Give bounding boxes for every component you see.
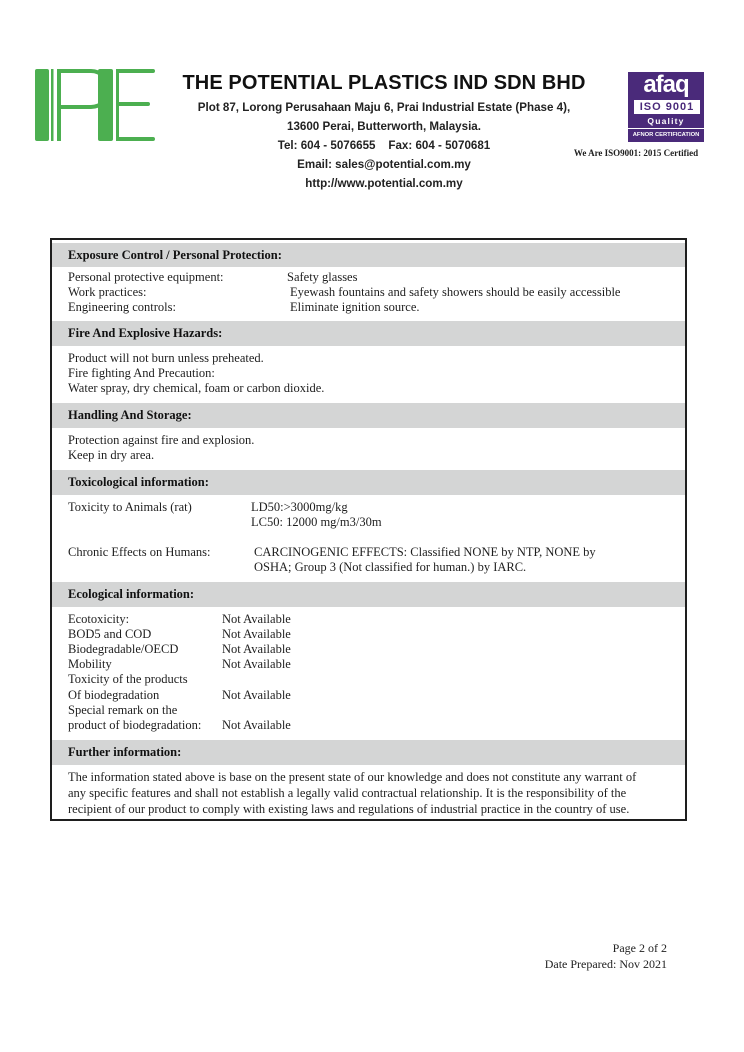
iso-certification-badge: afaq ISO 9001 Quality AFNOR CERTIFICATIO… [628, 72, 704, 142]
date-prepared: Date Prepared: Nov 2021 [545, 957, 667, 972]
fire-line-2: Water spray, dry chemical, foam or carbo… [68, 381, 324, 397]
exposure-label-2: Engineering controls: [68, 300, 176, 316]
company-header: THE POTENTIAL PLASTICS IND SDN BHD Plot … [178, 72, 590, 193]
exposure-label-1: Work practices: [68, 285, 146, 301]
tox-chronic-value-1: OSHA; Group 3 (Not classified for human.… [254, 560, 526, 576]
tox-animals-value-0: LD50:>3000mg/kg [251, 500, 348, 516]
phone-fax: Tel: 604 - 5076655 Fax: 604 - 5070681 [178, 136, 590, 155]
section-header-toxicological: Toxicological information: [52, 470, 685, 495]
exposure-label-0: Personal protective equipment: [68, 270, 224, 286]
sds-content-box: Exposure Control / Personal Protection: … [50, 238, 687, 821]
handling-line-1: Keep in dry area. [68, 448, 154, 464]
badge-standard: ISO 9001 [634, 100, 700, 114]
section-header-handling: Handling And Storage: [52, 403, 685, 428]
eco-value-2: Not Available [222, 642, 291, 658]
further-line-1: any specific features and shall not esta… [68, 786, 626, 802]
certified-text: We Are ISO9001: 2015 Certified [566, 148, 706, 158]
badge-brand: afaq [628, 72, 704, 98]
address-line-2: 13600 Perai, Butterworth, Malaysia. [178, 117, 590, 136]
tox-animals-label: Toxicity to Animals (rat) [68, 500, 192, 516]
exposure-value-2: Eliminate ignition source. [290, 300, 420, 316]
exposure-value-1: Eyewash fountains and safety showers sho… [290, 285, 620, 301]
eco-value-3: Not Available [222, 657, 291, 673]
eco-label-1: BOD5 and COD [68, 627, 151, 643]
tox-chronic-label: Chronic Effects on Humans: [68, 545, 210, 561]
company-logo-icon [35, 69, 155, 141]
eco-label-4: Toxicity of the products [68, 672, 188, 688]
eco-value-0: Not Available [222, 612, 291, 628]
eco-label-0: Ecotoxicity: [68, 612, 129, 628]
page-number: Page 2 of 2 [613, 941, 667, 956]
tox-animals-value-1: LC50: 12000 mg/m3/30m [251, 515, 382, 531]
badge-issuer: AFNOR CERTIFICATION [628, 128, 704, 142]
badge-quality: Quality [628, 115, 704, 127]
section-header-fire: Fire And Explosive Hazards: [52, 321, 685, 346]
tox-chronic-value-0: CARCINOGENIC EFFECTS: Classified NONE by… [254, 545, 596, 561]
eco-label-2: Biodegradable/OECD [68, 642, 178, 658]
eco-value-1: Not Available [222, 627, 291, 643]
fire-line-0: Product will not burn unless preheated. [68, 351, 264, 367]
company-name: THE POTENTIAL PLASTICS IND SDN BHD [178, 72, 590, 95]
section-header-exposure: Exposure Control / Personal Protection: [52, 243, 685, 267]
eco-label-6: Special remark on the [68, 703, 177, 719]
eco-value-7: Not Available [222, 718, 291, 734]
address-line-1: Plot 87, Lorong Perusahaan Maju 6, Prai … [178, 98, 590, 117]
eco-label-7: product of biodegradation: [68, 718, 201, 734]
eco-value-5: Not Available [222, 688, 291, 704]
website: http://www.potential.com.my [178, 174, 590, 193]
exposure-value-0: Safety glasses [287, 270, 357, 286]
eco-label-5: Of biodegradation [68, 688, 159, 704]
fire-line-1: Fire fighting And Precaution: [68, 366, 215, 382]
handling-line-0: Protection against fire and explosion. [68, 433, 254, 449]
further-line-2: recipient of our product to comply with … [68, 802, 629, 818]
section-header-further: Further information: [52, 740, 685, 765]
eco-label-3: Mobility [68, 657, 112, 673]
further-line-0: The information stated above is base on … [68, 770, 636, 786]
section-header-ecological: Ecological information: [52, 582, 685, 607]
email: Email: sales@potential.com.my [178, 155, 590, 174]
